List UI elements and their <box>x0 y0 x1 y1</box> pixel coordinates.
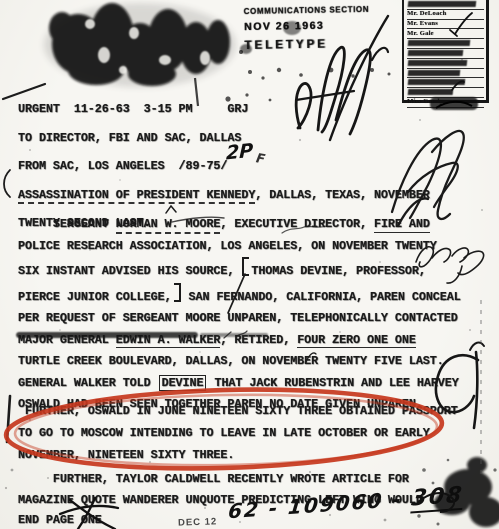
document-line: TO GO TO MOSCOW INTENDING TO LEAVE IN LA… <box>18 422 493 444</box>
teletype-stamp: COMMUNICATIONS SECTION NOV 26 1963 TELET… <box>244 5 370 53</box>
document-line: TURTLE CREEK BOULEVARD, DALLAS, ON NOVEM… <box>18 351 493 373</box>
document-line: MAJOR GENERAL EDWIN A. WALKER, RETIRED, … <box>18 330 493 352</box>
routing-box-rows: Mr. DeLoachMr. EvansMr. GaleMiss Gandy <box>407 0 484 108</box>
routing-row <box>407 78 484 88</box>
document-line: TO DIRECTOR, FBI AND SAC, DALLAS <box>18 124 493 153</box>
routing-row: Mr. Evans <box>407 20 484 30</box>
routing-row-ink-smear <box>408 70 461 76</box>
handwritten-file-number-serial: 308 <box>410 483 465 514</box>
document-line: SIX INSTANT ADVISED HIS SOURCE, THOMAS D… <box>18 257 493 283</box>
routing-row <box>407 69 484 79</box>
routing-row: Mr. DeLoach <box>407 10 484 20</box>
telegram-paragraph-oswald-passport: FURTHER, OSWALD IN JUNE NINETEEN SIXTY T… <box>18 400 493 466</box>
routing-row-ink-smear <box>408 79 466 85</box>
stamp-section-label: COMMUNICATIONS SECTION <box>244 5 370 17</box>
scanned-fbi-teletype-page: COMMUNICATIONS SECTION NOV 26 1963 TELET… <box>0 0 499 529</box>
document-line: PER REQUEST OF SERGEANT MOORE UNPAREN, T… <box>18 308 493 330</box>
routing-row-ink-smear <box>408 1 476 7</box>
routing-row <box>407 49 484 59</box>
document-line: GENERAL WALKER TOLD DEVINE THAT JACK RUB… <box>18 373 493 395</box>
partial-date-stamp: DEC 12 <box>178 516 218 529</box>
document-line: SERGEANT NORMAN W. MOORE, EXECUTIVE DIRE… <box>18 214 493 236</box>
document-line: POLICE RESEARCH ASSOCIATION, LOS ANGELES… <box>18 236 493 258</box>
telegram-paragraph-moore: SERGEANT NORMAN W. MOORE, EXECUTIVE DIRE… <box>18 214 493 416</box>
routing-row-ink-smear <box>408 89 453 95</box>
handwritten-page-count: 2P <box>226 139 254 164</box>
document-line: NOVEMBER, NINETEEN SIXTY THREE. <box>18 444 493 466</box>
routing-row: Mr. Gale <box>407 29 484 39</box>
routing-row-ink-smear <box>408 60 467 66</box>
routing-row <box>407 0 484 10</box>
routing-row-label: Mr. DeLoach <box>407 10 446 18</box>
routing-row <box>407 59 484 69</box>
document-line: PIERCE JUNIOR COLLEGE, SAN FERNANDO, CAL… <box>18 283 493 309</box>
routing-row-ink-smear <box>408 50 464 56</box>
document-line: URGENT 11-26-63 3-15 PM GRJ <box>18 95 493 124</box>
routing-row-ink-smear <box>408 40 470 46</box>
routing-row <box>407 39 484 49</box>
document-line: ASSASSINATION OF PRESIDENT KENNEDY, DALL… <box>18 181 493 210</box>
routing-box: Mr. DeLoachMr. EvansMr. GaleMiss Gandy <box>402 0 489 103</box>
stamp-teletype-label: TELETYPE <box>244 37 370 53</box>
routing-row-label: Mr. Gale <box>407 30 434 38</box>
routing-row-label: Mr. Evans <box>407 20 438 28</box>
document-line: FURTHER, OSWALD IN JUNE NINETEEN SIXTY T… <box>18 400 493 422</box>
stamp-date: NOV 26 1963 <box>244 18 370 34</box>
